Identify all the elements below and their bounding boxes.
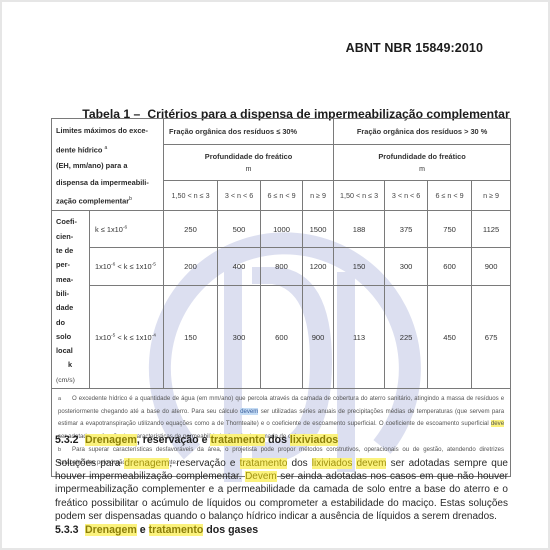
value-cell: 500: [218, 211, 261, 248]
value-cell: 600: [428, 248, 472, 286]
value-cell: 1200: [303, 248, 334, 286]
value-cell: 200: [164, 248, 218, 286]
value-cell: 400: [218, 248, 261, 286]
value-cell: 300: [218, 286, 261, 389]
group-header-high-organic: Fração orgânica dos resíduos > 30 %: [334, 119, 511, 145]
standard-identifier: ABNT NBR 15849:2010: [346, 41, 483, 55]
depth-header-low-organic: Profundidade do freático m: [164, 144, 334, 180]
depth-range-cell: n ≥ 9: [472, 180, 511, 211]
table-row: 1x10-6 < k ≤ 1x10-5 200 400 800 1200 150…: [52, 248, 511, 286]
k-range-cell: k ≤ 1x10-6: [90, 211, 164, 248]
table-row: Coefi- cien- te de per- mea- bili- dade …: [52, 211, 511, 248]
k-range-cell: 1x10-6 < k ≤ 1x10-5: [90, 248, 164, 286]
depth-range-cell: 6 ≤ n < 9: [428, 180, 472, 211]
highlight-devem: devem: [240, 408, 258, 415]
value-cell: 900: [472, 248, 511, 286]
corner-header: Limites máximos do exce- dente hídrico a…: [52, 119, 164, 211]
value-cell: 900: [303, 286, 334, 389]
table-header-row-groups: Limites máximos do exce- dente hídrico a…: [52, 119, 511, 145]
depth-range-cell: 3 < n < 6: [385, 180, 428, 211]
highlight-deve: deve: [491, 420, 504, 427]
depth-range-cell: 6 ≤ n < 9: [261, 180, 303, 211]
value-cell: 800: [261, 248, 303, 286]
group-header-low-organic: Fração orgânica dos resíduos ≤ 30%: [164, 119, 334, 145]
value-cell: 113: [334, 286, 385, 389]
value-cell: 675: [472, 286, 511, 389]
value-cell: 375: [385, 211, 428, 248]
value-cell: 150: [334, 248, 385, 286]
value-cell: 750: [428, 211, 472, 248]
section-heading-5-3-2: 5.3.2Drenagem, reservação e tratamento d…: [55, 434, 338, 446]
depth-range-cell: 1,50 < n ≤ 3: [164, 180, 218, 211]
document-page: ABNT NBR 15849:2010 Tabela 1 –Critérios …: [2, 2, 548, 548]
value-cell: 1000: [261, 211, 303, 248]
value-cell: 225: [385, 286, 428, 389]
table-row: 1x10-5 < k ≤ 1x10-4 150 300 600 900 113 …: [52, 286, 511, 389]
depth-range-cell: n ≥ 9: [303, 180, 334, 211]
value-cell: 1125: [472, 211, 511, 248]
value-cell: 188: [334, 211, 385, 248]
value-cell: 450: [428, 286, 472, 389]
section-5-3-2-body: Soluções para drenagem, reservação e tra…: [55, 457, 508, 523]
depth-header-high-organic: Profundidade do freático m: [334, 144, 511, 180]
criteria-table: Limites máximos do exce- dente hídrico a…: [51, 118, 511, 477]
value-cell: 150: [164, 286, 218, 389]
depth-range-cell: 1,50 < n ≤ 3: [334, 180, 385, 211]
value-cell: 250: [164, 211, 218, 248]
section-heading-5-3-3: 5.3.3Drenagem e tratamento dos gases: [55, 524, 258, 536]
permeability-row-header: Coefi- cien- te de per- mea- bili- dade …: [52, 211, 90, 389]
value-cell: 1500: [303, 211, 334, 248]
value-cell: 300: [385, 248, 428, 286]
depth-range-cell: 3 < n < 6: [218, 180, 261, 211]
k-range-cell: 1x10-5 < k ≤ 1x10-4: [90, 286, 164, 389]
value-cell: 600: [261, 286, 303, 389]
